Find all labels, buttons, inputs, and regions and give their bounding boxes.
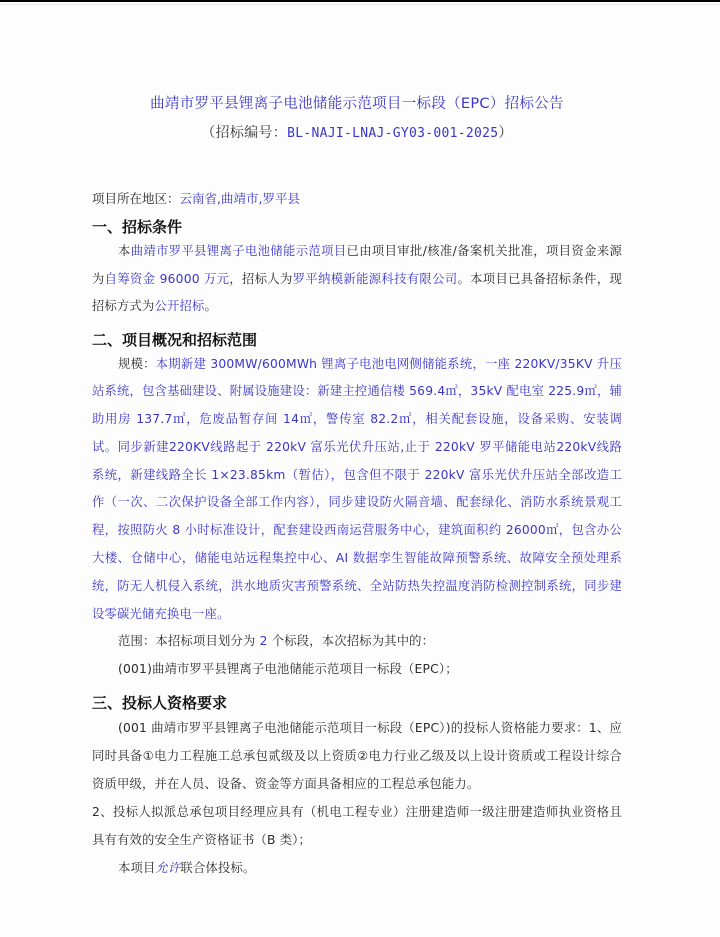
project-location: 项目所在地区：云南省,曲靖市,罗平县 xyxy=(92,190,622,208)
tender-number: （招标编号：BL-NAJI-LNAJ-GY03-001-2025） xyxy=(92,123,622,144)
tender-method: 公开招标 xyxy=(155,299,205,313)
lot-count: 2 xyxy=(260,634,268,648)
window-top-bar xyxy=(0,0,720,2)
tender-conditions-paragraph: 本曲靖市罗平县锂离子电池储能示范项目已由项目审批/核准/备案机关批准，项目资金来… xyxy=(92,238,622,321)
scale-paragraph: 规模：本期新建 300MW/600MWh 锂离子电池电网侧储能系统，一座 220… xyxy=(92,351,622,629)
text: 本项目 xyxy=(118,861,156,875)
tenderer-name: 罗平纳模新能源科技有限公司 xyxy=(293,272,458,286)
text: 联合体投标。 xyxy=(181,861,256,875)
lot-item: (001)曲靖市罗平县锂离子电池储能示范项目一标段（EPC）； xyxy=(92,656,622,684)
fund-source: 自筹资金 96000 万元 xyxy=(105,272,230,286)
document-title: 曲靖市罗平县锂离子电池储能示范项目一标段（EPC）招标公告 xyxy=(92,94,622,114)
qualification-requirement-1: (001 曲靖市罗平县锂离子电池储能示范项目一标段（EPC）)的投标人资格能力要… xyxy=(92,714,622,798)
top-divider xyxy=(0,4,720,5)
qualification-requirement-2: 2、投标人拟派总承包项目经理应具有（机电工程专业）注册建造师一级注册建造师执业资… xyxy=(92,798,622,854)
tender-number-prefix: （招标编号： xyxy=(201,125,287,141)
location-value: 云南省,曲靖市,罗平县 xyxy=(180,191,300,206)
section-heading: 三、投标人资格要求 xyxy=(92,692,622,714)
text: 范围：本招标项目划分为 xyxy=(118,634,255,648)
document-page: 曲靖市罗平县锂离子电池储能示范项目一标段（EPC）招标公告 （招标编号：BL-N… xyxy=(92,94,622,882)
section-heading: 二、项目概况和招标范围 xyxy=(92,329,622,351)
scope-paragraph: 范围：本招标项目划分为 2 个标段，本次招标为其中的： xyxy=(92,628,622,656)
text: ，招标人为 xyxy=(229,272,292,286)
consortium-value: 允许 xyxy=(156,861,181,875)
location-label: 项目所在地区： xyxy=(92,191,180,206)
scale-label: 规模： xyxy=(118,357,156,371)
consortium-paragraph: 本项目允许联合体投标。 xyxy=(92,854,622,882)
tender-number-suffix: ） xyxy=(498,125,512,141)
section-tender-conditions: 一、招标条件 本曲靖市罗平县锂离子电池储能示范项目已由项目审批/核准/备案机关批… xyxy=(92,216,622,321)
scale-text: 本期新建 300MW/600MWh 锂离子电池电网侧储能系统，一座 220KV/… xyxy=(92,357,622,621)
section-bidder-qualifications: 三、投标人资格要求 (001 曲靖市罗平县锂离子电池储能示范项目一标段（EPC）… xyxy=(92,692,622,882)
project-name: 曲靖市罗平县锂离子电池储能示范项目 xyxy=(131,244,347,258)
section-heading: 一、招标条件 xyxy=(92,216,622,238)
tender-number-code: BL-NAJI-LNAJ-GY03-001-2025 xyxy=(287,126,498,141)
text: 本 xyxy=(118,244,131,258)
section-project-overview: 二、项目概况和招标范围 规模：本期新建 300MW/600MWh 锂离子电池电网… xyxy=(92,329,622,685)
text: 。 xyxy=(205,299,218,313)
text: 个标段，本次招标为其中的： xyxy=(272,634,434,648)
